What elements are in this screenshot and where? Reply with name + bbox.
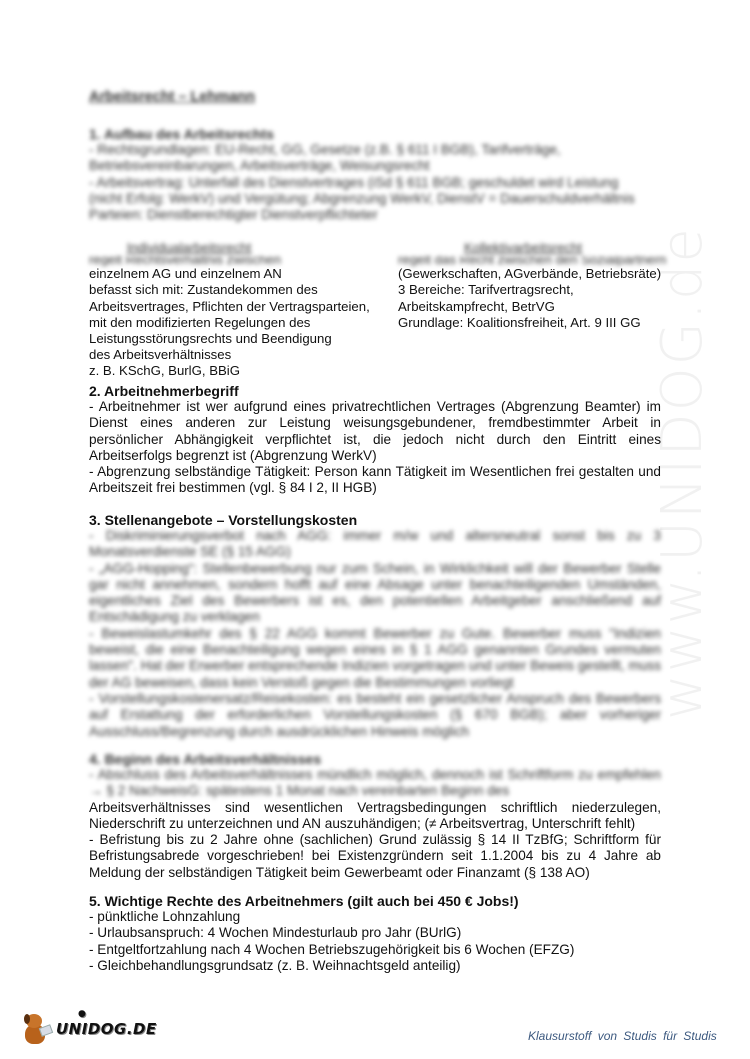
section-4-heading: 4. Beginn des Arbeitsverhältnisses (89, 751, 661, 767)
section-2-heading: 2. Arbeitnehmerbegriff (89, 383, 661, 399)
section-1: 1. Aufbau des Arbeitsrechts - Rechtsgrun… (89, 126, 661, 223)
section-3-paragraph: - „AGG-Hopping“: Stellenbewerbung nur zu… (89, 561, 661, 626)
section-4-blurred-paragraph: - Abschluss des Arbeitsverhältnisses mün… (89, 767, 661, 800)
section-1-heading: 1. Aufbau des Arbeitsrechts (89, 126, 661, 142)
column-heading: Individualarbeitsrecht (89, 240, 289, 256)
section-2: 2. Arbeitnehmerbegriff - Arbeitnehmer is… (89, 383, 661, 497)
section-4-paragraph: - Befristung bis zu 2 Jahre ohne (sachli… (89, 832, 661, 881)
column-line: Grundlage: Koalitionsfreiheit, Art. 9 II… (398, 315, 688, 331)
column-line: Leistungsstörungsrechts und Beendigung (89, 331, 389, 347)
section-1-line: Parteien: Dienstberechtigter Dienstverpf… (89, 207, 661, 223)
column-line: mit den modifizierten Regelungen des (89, 315, 389, 331)
brand-text: UNIDOG.DE (56, 1020, 157, 1038)
section-3-paragraph: - Vorstellungskostenersatz/Reisekosten: … (89, 691, 661, 740)
column-collective: Kollektivarbeitsrecht regelt das Recht z… (398, 240, 688, 331)
column-line: einzelnem AG und einzelnem AN (89, 266, 389, 282)
rights-list-item: - Entgeltfortzahlung nach 4 Wochen Betri… (89, 942, 661, 958)
section-3: 3. Stellenangebote – Vorstellungskosten … (89, 512, 661, 740)
section-3-paragraph: - Beweislastumkehr des § 22 AGG kommt Be… (89, 626, 661, 691)
section-1-line: - Rechtsgrundlagen: EU-Recht, GG, Gesetz… (89, 142, 661, 158)
dog-mascot-icon (22, 1012, 52, 1046)
column-blurred-line: regelt das Recht zwischen den Sozialpart… (398, 256, 688, 266)
unidog-logo[interactable]: ● UNIDOG.DE (22, 1012, 157, 1046)
section-1-line: (nicht Erfolg: WerkV) und Vergütung; Abg… (89, 191, 661, 207)
column-line: z. B. KSchG, BurlG, BBiG (89, 363, 389, 379)
section-4: 4. Beginn des Arbeitsverhältnisses - Abs… (89, 751, 661, 881)
document-page: www.UNIDOG.de Arbeitsrecht – Lehmann 1. … (0, 0, 750, 1059)
section-5: 5. Wichtige Rechte des Arbeitnehmers (gi… (89, 893, 661, 974)
section-4-paragraph: Arbeitsverhältnisses sind wesentlichen V… (89, 800, 661, 833)
section-3-heading: 3. Stellenangebote – Vorstellungskosten (89, 512, 661, 528)
column-line: Arbeitskampfrecht, BetrVG (398, 299, 688, 315)
footer-tagline: Klausurstoff von Studis für Studis (528, 1029, 717, 1043)
column-heading: Kollektivarbeitsrecht (398, 240, 648, 256)
column-line: (Gewerkschaften, AGverbände, Betriebsrät… (398, 266, 688, 282)
paw-icon: ● (78, 1009, 86, 1019)
brand-name: ● UNIDOG.DE (56, 1020, 157, 1038)
section-2-paragraph: - Arbeitnehmer ist wer aufgrund eines pr… (89, 399, 661, 464)
rights-list-item: - Urlaubsanspruch: 4 Wochen Mindesturlau… (89, 925, 661, 941)
document-title: Arbeitsrecht – Lehmann (89, 89, 255, 105)
section-1-line: - Arbeitsvertrag: Unterfall des Dienstve… (89, 175, 661, 191)
section-5-heading: 5. Wichtige Rechte des Arbeitnehmers (gi… (89, 893, 661, 909)
column-line: befasst sich mit: Zustandekommen des (89, 282, 389, 298)
column-line: 3 Bereiche: Tarifvertragsrecht, (398, 282, 688, 298)
section-3-paragraph: - Diskriminierungsverbot nach AGG: immer… (89, 528, 661, 561)
column-blurred-line: regelt Rechtsverhältnis zwischen (89, 256, 389, 266)
section-2-paragraph: - Abgrenzung selbständige Tätigkeit: Per… (89, 464, 661, 497)
rights-list-item: - pünktliche Lohnzahlung (89, 909, 661, 925)
rights-list-item: - Gleichbehandlungsgrundsatz (z. B. Weih… (89, 958, 661, 974)
column-line: des Arbeitsverhältnisses (89, 347, 389, 363)
column-line: Arbeitsvertrages, Pflichten der Vertrags… (89, 299, 389, 315)
column-individual: Individualarbeitsrecht regelt Rechtsverh… (89, 240, 389, 380)
section-1-line: Betriebsvereinbarungen, Arbeitsverträge,… (89, 158, 661, 174)
